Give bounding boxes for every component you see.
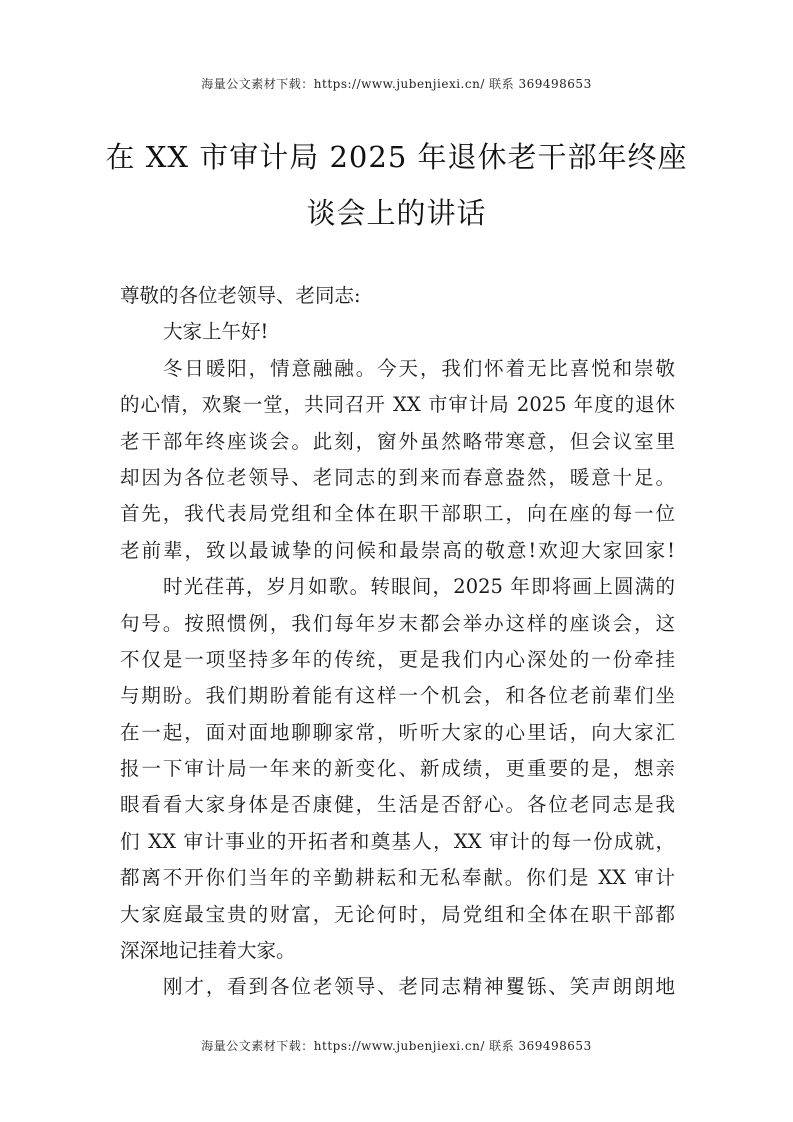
paragraph-1-line: 冬日暖阳，情意融融。今天，我们怀着无比喜悦和崇敬	[120, 351, 675, 387]
paragraph-2-line: 在一起，面对面地聊聊家常，听听大家的心里话，向大家汇	[120, 715, 675, 751]
title-line-2: 谈会上的讲话	[100, 185, 693, 241]
salutation: 尊敬的各位老领导、老同志:	[120, 278, 675, 314]
paragraph-1-line: 老干部年终座谈会。此刻，窗外虽然略带寒意，但会议室里	[120, 424, 675, 460]
page-header-note: 海量公文素材下载：https://www.jubenjiexi.cn/ 联系 3…	[0, 75, 793, 92]
paragraph-2-line: 大家庭最宝贵的财富，无论何时，局党组和全体在职干部都	[120, 897, 675, 933]
greeting: 大家上午好!	[120, 314, 675, 350]
paragraph-1-line: 首先，我代表局党组和全体在职干部职工，向在座的每一位	[120, 496, 675, 532]
paragraph-1-line: 老前辈，致以最诚挚的问候和最崇高的敬意!欢迎大家回家!	[120, 533, 675, 569]
document-title: 在 XX 市审计局 2025 年退休老干部年终座 谈会上的讲话	[100, 129, 693, 241]
paragraph-2-line: 深深地记挂着大家。	[120, 933, 675, 969]
speech-body: 尊敬的各位老领导、老同志: 大家上午好! 冬日暖阳，情意融融。今天，我们怀着无比…	[120, 278, 675, 1006]
paragraph-2-line: 们 XX 审计事业的开拓者和奠基人，XX 审计的每一份成就，	[120, 824, 675, 860]
paragraph-2-line: 都离不开你们当年的辛勤耕耘和无私奉献。你们是 XX 审计	[120, 860, 675, 896]
paragraph-2-line: 眼看看大家身体是否康健，生活是否舒心。各位老同志是我	[120, 787, 675, 823]
paragraph-2-line: 不仅是一项坚持多年的传统，更是我们内心深处的一份牵挂	[120, 642, 675, 678]
paragraph-1-line: 却因为各位老领导、老同志的到来而春意盎然，暖意十足。	[120, 460, 675, 496]
title-line-1: 在 XX 市审计局 2025 年退休老干部年终座	[100, 129, 693, 185]
paragraph-3-line: 刚才，看到各位老领导、老同志精神矍铄、笑声朗朗地	[120, 969, 675, 1005]
paragraph-2-line: 句号。按照惯例，我们每年岁末都会举办这样的座谈会，这	[120, 606, 675, 642]
page-footer-note: 海量公文素材下载：https://www.jubenjiexi.cn/ 联系 3…	[0, 1037, 793, 1054]
paragraph-1-line: 的心情，欢聚一堂，共同召开 XX 市审计局 2025 年度的退休	[120, 387, 675, 423]
paragraph-2-line: 与期盼。我们期盼着能有这样一个机会，和各位老前辈们坐	[120, 678, 675, 714]
paragraph-2-line: 报一下审计局一年来的新变化、新成绩，更重要的是，想亲	[120, 751, 675, 787]
paragraph-2-line: 时光荏苒，岁月如歌。转眼间，2025 年即将画上圆满的	[120, 569, 675, 605]
